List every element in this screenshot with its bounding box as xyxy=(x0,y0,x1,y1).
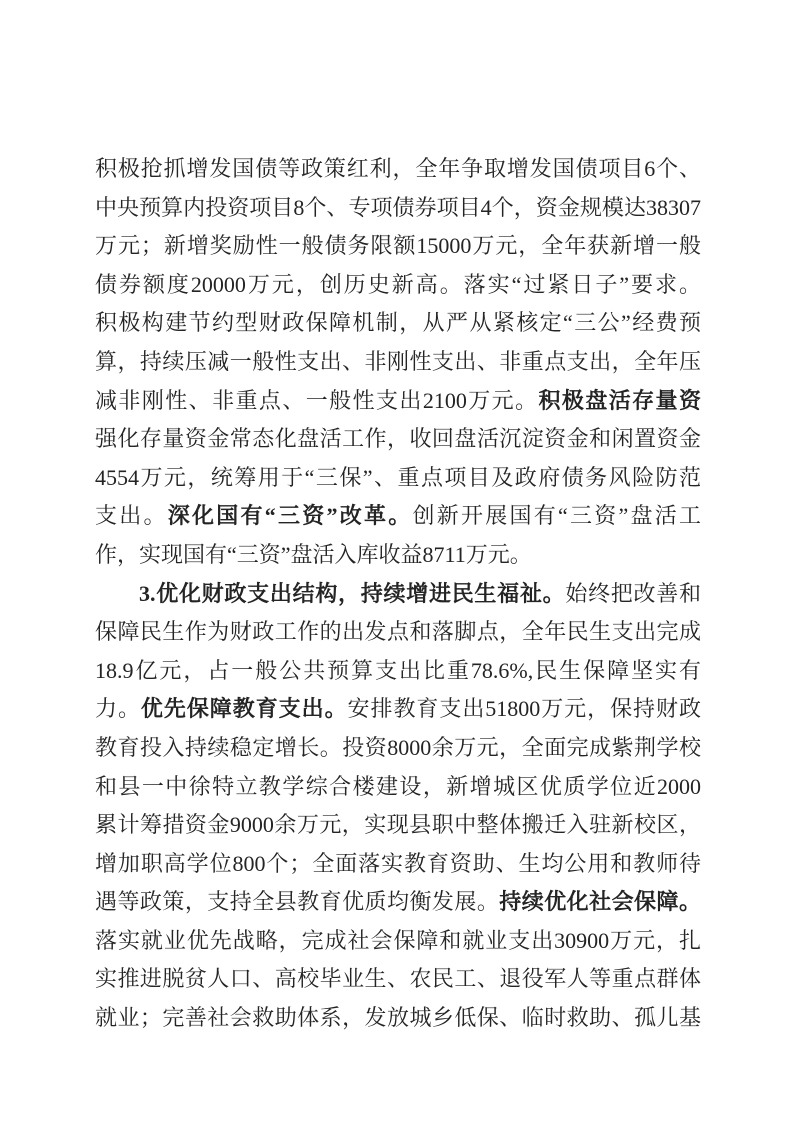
text-segment: 累计筹措资金9000余万元，实现县职中整体搬迁入驻新校区， xyxy=(95,812,701,837)
text-segment: 积极抢抓增发国债等政策红利，全年争取增发国债项目6个、 xyxy=(95,156,701,181)
text-segment: 积极构建节约型财政保障机制，从严从紧核定“三公”经费预 xyxy=(95,310,701,335)
text-line: 强化存量资金常态化盘活工作，收回盘活沉淀资金和闲置资金 xyxy=(95,420,701,459)
text-segment: 4554万元，统筹用于“三保”、重点项目及政府债务风险防范 xyxy=(95,465,701,490)
text-segment: 增加职高学位800个；全面落实教育资助、生均公用和教师待 xyxy=(95,851,701,876)
bold-text-segment: 优先保障教育支出。 xyxy=(141,696,348,721)
text-line: 实推进脱贫人口、高校毕业生、农民工、退役军人等重点群体 xyxy=(95,960,701,999)
text-segment: 万元；新增奖励性一般债务限额15000万元，全年获新增一般 xyxy=(95,233,701,258)
bold-text-segment: 深化国有“三资”改革。 xyxy=(168,503,413,528)
text-line: 累计筹措资金9000余万元，实现县职中整体搬迁入驻新校区， xyxy=(95,806,701,845)
text-segment: 作，实现国有“三资”盘活入库收益8711万元。 xyxy=(95,542,532,567)
text-segment: 中央预算内投资项目8个、专项债券项目4个，资金规模达38307 xyxy=(95,195,701,220)
text-line: 落实就业优先战略，完成社会保障和就业支出30900万元，扎 xyxy=(95,922,701,961)
text-line: 教育投入持续稳定增长。投资8000余万元，全面完成紫荆学校 xyxy=(95,729,701,768)
text-segment: 支出。 xyxy=(95,503,168,528)
text-line: 和县一中徐特立教学综合楼建设，新增城区优质学位近2000个； xyxy=(95,768,701,807)
text-line: 18.9亿元，占一般公共预算支出比重78.6%,民生保障坚实有 xyxy=(95,652,701,691)
text-line: 支出。深化国有“三资”改革。创新开展国有“三资”盘活工 xyxy=(95,497,701,536)
text-line: 作，实现国有“三资”盘活入库收益8711万元。 xyxy=(95,536,701,575)
document-page: 积极抢抓增发国债等政策红利，全年争取增发国债项目6个、中央预算内投资项目8个、专… xyxy=(0,0,793,1123)
text-segment: 力。 xyxy=(95,696,141,721)
text-segment: 创新开展国有“三资”盘活工 xyxy=(412,503,701,528)
text-segment: 遇等政策，支持全县教育优质均衡发展。 xyxy=(95,889,499,914)
text-line: 债券额度20000万元，创历史新高。落实“过紧日子”要求。 xyxy=(95,266,701,305)
text-line: 万元；新增奖励性一般债务限额15000万元，全年获新增一般 xyxy=(95,227,701,266)
text-line: 增加职高学位800个；全面落实教育资助、生均公用和教师待 xyxy=(95,845,701,884)
text-segment: 算，持续压减一般性支出、非刚性支出、非重点支出，全年压 xyxy=(95,349,701,374)
text-line: 4554万元，统筹用于“三保”、重点项目及政府债务风险防范 xyxy=(95,459,701,498)
text-segment: 18.9亿元，占一般公共预算支出比重78.6%,民生保障坚实有 xyxy=(95,658,701,683)
text-line: 力。优先保障教育支出。安排教育支出51800万元，保持财政 xyxy=(95,690,701,729)
text-segment: 安排教育支出51800万元，保持财政 xyxy=(348,696,701,721)
text-line: 积极构建节约型财政保障机制，从严从紧核定“三公”经费预 xyxy=(95,304,701,343)
text-segment: 强化存量资金常态化盘活工作，收回盘活沉淀资金和闲置资金 xyxy=(95,426,701,451)
text-segment: 始终把改善和 xyxy=(565,581,701,606)
text-segment: 减非刚性、非重点、一般性支出2100万元。 xyxy=(95,388,538,413)
bold-text-segment: 3.优化财政支出结构，持续增进民生福祉。 xyxy=(139,581,565,606)
text-line: 积极抢抓增发国债等政策红利，全年争取增发国债项目6个、 xyxy=(95,150,701,189)
text-segment: 落实就业优先战略，完成社会保障和就业支出30900万元，扎 xyxy=(95,928,701,953)
text-line: 算，持续压减一般性支出、非刚性支出、非重点支出，全年压 xyxy=(95,343,701,382)
text-segment: 和县一中徐特立教学综合楼建设，新增城区优质学位近2000个； xyxy=(95,774,701,807)
text-line: 减非刚性、非重点、一般性支出2100万元。积极盘活存量资金。 xyxy=(95,382,701,421)
text-line: 3.优化财政支出结构，持续增进民生福祉。始终把改善和 xyxy=(95,575,701,614)
text-line: 遇等政策，支持全县教育优质均衡发展。持续优化社会保障。 xyxy=(95,883,701,922)
text-line: 中央预算内投资项目8个、专项债券项目4个，资金规模达38307 xyxy=(95,189,701,228)
text-segment: 实推进脱贫人口、高校毕业生、农民工、退役军人等重点群体 xyxy=(95,966,701,991)
text-segment: 保障民生作为财政工作的出发点和落脚点，全年民生支出完成 xyxy=(95,619,701,644)
text-line: 保障民生作为财政工作的出发点和落脚点，全年民生支出完成 xyxy=(95,613,701,652)
text-line: 就业；完善社会救助体系，发放城乡低保、临时救助、孤儿基 xyxy=(95,999,701,1038)
document-body: 积极抢抓增发国债等政策红利，全年争取增发国债项目6个、中央预算内投资项目8个、专… xyxy=(95,150,701,1038)
text-segment: 债券额度20000万元，创历史新高。落实“过紧日子”要求。 xyxy=(95,272,701,297)
text-segment: 教育投入持续稳定增长。投资8000余万元，全面完成紫荆学校 xyxy=(95,735,701,760)
bold-text-segment: 持续优化社会保障。 xyxy=(499,889,701,914)
text-segment: 就业；完善社会救助体系，发放城乡低保、临时救助、孤儿基 xyxy=(95,1005,701,1030)
